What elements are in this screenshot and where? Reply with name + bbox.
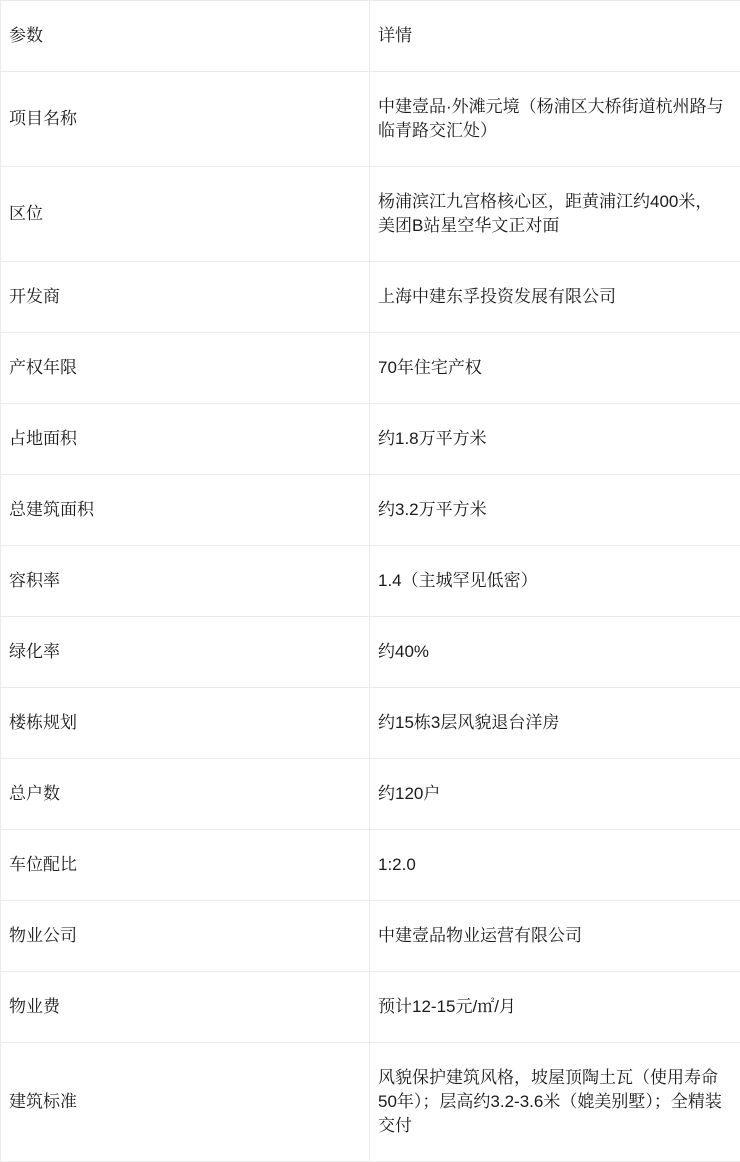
table-row: 总建筑面积约3.2万平方米	[1, 475, 740, 546]
table-row: 容积率1.4（主城罕见低密）	[1, 546, 740, 617]
param-cell: 区位	[1, 167, 370, 262]
detail-cell: 70年住宅产权	[370, 333, 740, 404]
detail-cell: 约15栋3层风貌退台洋房	[370, 688, 740, 759]
detail-cell: 1.4（主城罕见低密）	[370, 546, 740, 617]
detail-cell: 约120户	[370, 759, 740, 830]
table-row: 项目名称中建壹品·外滩元境（杨浦区大桥街道杭州路与临青路交汇处）	[1, 72, 740, 167]
param-cell: 建筑标准	[1, 1043, 370, 1162]
param-cell: 车位配比	[1, 830, 370, 901]
table-row: 占地面积约1.8万平方米	[1, 404, 740, 475]
detail-column-header: 详情	[370, 1, 740, 72]
table-row: 楼栋规划约15栋3层风貌退台洋房	[1, 688, 740, 759]
param-cell: 楼栋规划	[1, 688, 370, 759]
param-column-header: 参数	[1, 1, 370, 72]
table-row: 绿化率约40%	[1, 617, 740, 688]
param-cell: 产权年限	[1, 333, 370, 404]
table-row: 车位配比1:2.0	[1, 830, 740, 901]
param-cell: 总建筑面积	[1, 475, 370, 546]
param-cell: 物业公司	[1, 901, 370, 972]
property-spec-table: 参数 详情 项目名称中建壹品·外滩元境（杨浦区大桥街道杭州路与临青路交汇处）区位…	[0, 0, 740, 1162]
table-row: 开发商上海中建东孚投资发展有限公司	[1, 262, 740, 333]
detail-cell: 1:2.0	[370, 830, 740, 901]
detail-cell: 约40%	[370, 617, 740, 688]
table-row: 总户数约120户	[1, 759, 740, 830]
table-body: 项目名称中建壹品·外滩元境（杨浦区大桥街道杭州路与临青路交汇处）区位杨浦滨江九宫…	[1, 72, 740, 1162]
detail-cell: 中建壹品·外滩元境（杨浦区大桥街道杭州路与临青路交汇处）	[370, 72, 740, 167]
detail-cell: 风貌保护建筑风格，坡屋顶陶土瓦（使用寿命50年）；层高约3.2-3.6米（媲美别…	[370, 1043, 740, 1162]
table-row: 产权年限70年住宅产权	[1, 333, 740, 404]
param-cell: 总户数	[1, 759, 370, 830]
param-cell: 容积率	[1, 546, 370, 617]
detail-cell: 杨浦滨江九宫格核心区，距黄浦江约400米，美团B站星空华文正对面	[370, 167, 740, 262]
detail-cell: 约1.8万平方米	[370, 404, 740, 475]
header-row: 参数 详情	[1, 1, 740, 72]
detail-cell: 上海中建东孚投资发展有限公司	[370, 262, 740, 333]
detail-cell: 预计12-15元/㎡/月	[370, 972, 740, 1043]
table-row: 区位杨浦滨江九宫格核心区，距黄浦江约400米，美团B站星空华文正对面	[1, 167, 740, 262]
param-cell: 物业费	[1, 972, 370, 1043]
param-cell: 绿化率	[1, 617, 370, 688]
detail-cell: 约3.2万平方米	[370, 475, 740, 546]
detail-cell: 中建壹品物业运营有限公司	[370, 901, 740, 972]
param-cell: 开发商	[1, 262, 370, 333]
page: 参数 详情 项目名称中建壹品·外滩元境（杨浦区大桥街道杭州路与临青路交汇处）区位…	[0, 0, 740, 1162]
param-cell: 占地面积	[1, 404, 370, 475]
table-row: 物业公司中建壹品物业运营有限公司	[1, 901, 740, 972]
table-row: 建筑标准风貌保护建筑风格，坡屋顶陶土瓦（使用寿命50年）；层高约3.2-3.6米…	[1, 1043, 740, 1162]
param-cell: 项目名称	[1, 72, 370, 167]
table-row: 物业费预计12-15元/㎡/月	[1, 972, 740, 1043]
